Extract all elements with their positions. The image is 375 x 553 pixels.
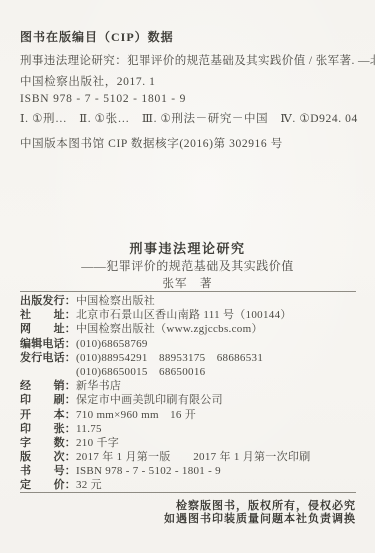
cip-description-line-1: 刑事违法理论研究：犯罪评价的规范基础及其实践价值 / 张军著. —北京： [20, 52, 360, 68]
table-row: 社 址： 北京市石景山区香山南路 111 号（100144） [20, 308, 360, 322]
table-row: 印 张： 11.75 [20, 422, 360, 436]
row-value: (010)68650015 68650016 [76, 365, 360, 379]
row-value: ISBN 978 - 7 - 5102 - 1801 - 9 [76, 464, 360, 478]
cip-description-line-2: 中国检察出版社，2017. 1 [20, 73, 360, 89]
row-value: 新华书店 [76, 379, 360, 393]
row-value: 32 元 [76, 478, 360, 492]
row-value: 710 mm×960 mm 16 开 [76, 408, 360, 422]
row-label: 出版发行： [20, 294, 76, 308]
table-row: 开 本： 710 mm×960 mm 16 开 [20, 408, 360, 422]
cip-record-number-line: 中国版本图书馆 CIP 数据核字(2016)第 302916 号 [20, 135, 360, 151]
table-row: 版 次： 2017 年 1 月第一版 2017 年 1 月第一次印刷 [20, 450, 360, 464]
row-value: 中国检察出版社 [76, 294, 360, 308]
row-label: 字 数： [20, 436, 76, 450]
row-label: 网 址： [20, 322, 76, 336]
row-value: (010)68658769 [76, 337, 360, 351]
book-author: 张军 著 [0, 275, 375, 291]
table-row: 发行电话： (010)88954291 88953175 68686531 [20, 351, 360, 365]
row-label: 社 址： [20, 308, 76, 322]
table-row: 印 刷： 保定市中画美凯印刷有限公司 [20, 393, 360, 407]
table-row: 书 号： ISBN 978 - 7 - 5102 - 1801 - 9 [20, 464, 360, 478]
cip-classification-line: Ⅰ. ①刑… Ⅱ. ①张… Ⅲ. ①刑法－研究－中国 Ⅳ. ①D924. 04 [20, 110, 360, 126]
row-value: 中国检察出版社（www.zgjccbs.com） [76, 322, 360, 336]
cip-heading: 图书在版编目（CIP）数据 [20, 28, 174, 45]
row-label: 印 张： [20, 422, 76, 436]
top-separator-rule [20, 291, 356, 292]
table-row: 定 价： 32 元 [20, 478, 360, 492]
row-label: 经 销： [20, 379, 76, 393]
row-label: 编辑电话： [20, 337, 76, 351]
book-title: 刑事违法理论研究 [0, 238, 375, 257]
row-label: 定 价： [20, 478, 76, 492]
row-value: 11.75 [76, 422, 360, 436]
row-value: 保定市中画美凯印刷有限公司 [76, 393, 360, 407]
row-label: 书 号： [20, 464, 76, 478]
table-row: 出版发行： 中国检察出版社 [20, 294, 360, 308]
row-label: 版 次： [20, 450, 76, 464]
table-row: (010)68650015 68650016 [20, 365, 360, 379]
row-label: 开 本： [20, 408, 76, 422]
table-row: 网 址： 中国检察出版社（www.zgjccbs.com） [20, 322, 360, 336]
table-row: 编辑电话： (010)68658769 [20, 337, 360, 351]
row-value: 210 千字 [76, 436, 360, 450]
row-value: 2017 年 1 月第一版 2017 年 1 月第一次印刷 [76, 450, 360, 464]
table-row: 字 数： 210 千字 [20, 436, 360, 450]
cip-isbn-line: ISBN 978 - 7 - 5102 - 1801 - 9 [20, 93, 360, 105]
row-label [20, 365, 76, 379]
row-value: 北京市石景山区香山南路 111 号（100144） [76, 308, 360, 322]
row-value: (010)88954291 88953175 68686531 [76, 351, 360, 365]
row-label: 发行电话： [20, 351, 76, 365]
copyright-page: 图书在版编目（CIP）数据 刑事违法理论研究：犯罪评价的规范基础及其实践价值 /… [0, 0, 375, 553]
book-subtitle: ——犯罪评价的规范基础及其实践价值 [0, 257, 375, 274]
publication-details-table: 出版发行： 中国检察出版社 社 址： 北京市石景山区香山南路 111 号（100… [20, 294, 360, 493]
table-row: 经 销： 新华书店 [20, 379, 360, 393]
bottom-separator-rule [20, 492, 356, 493]
row-label: 印 刷： [20, 393, 76, 407]
replacement-notice: 如遇图书印装质量问题本社负责调换 [0, 510, 356, 526]
